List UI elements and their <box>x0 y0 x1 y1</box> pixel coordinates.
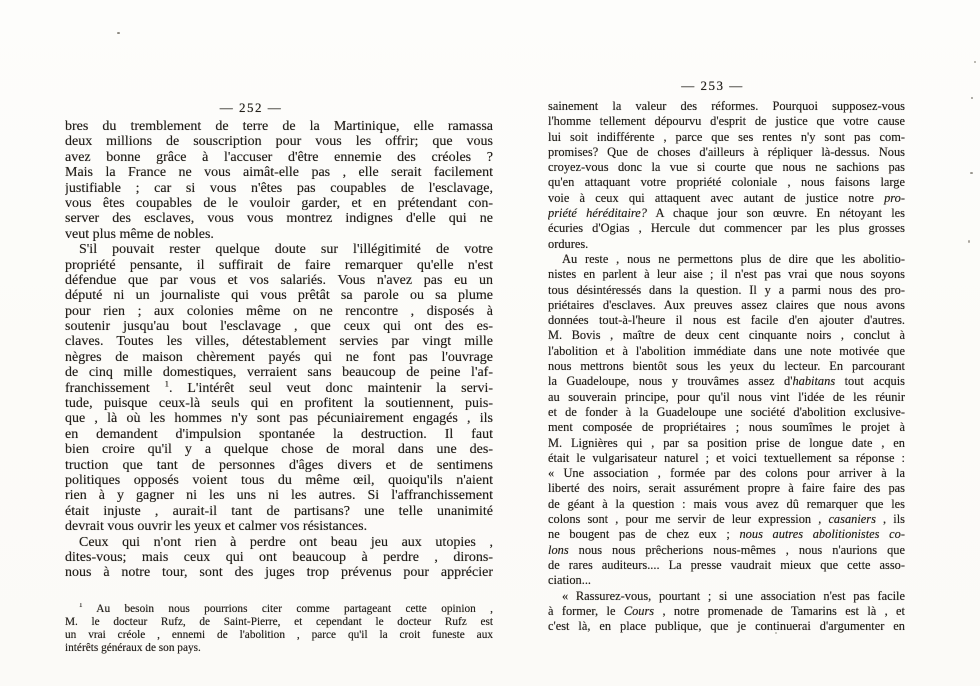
text-line: lui soit indifférente , parce que ses re… <box>548 130 905 145</box>
text-line: devrait vous ouvrir les yeux et calmer v… <box>65 519 493 534</box>
text-line: au souverain principe, pour qu'il nous v… <box>548 390 905 405</box>
text-line: l'homme tellement dépourvu d'esprit de j… <box>548 114 905 129</box>
text-line: l'abolition et à l'abolition immédiate d… <box>548 344 905 359</box>
text-line: ment composée de propriétaires ; nous so… <box>548 420 905 435</box>
text-line: un vrai créole , ennemi de l'abolition ,… <box>65 629 493 642</box>
text-line: lons nous nous prêcherions nous-mêmes , … <box>548 543 905 558</box>
scanned-book-spread: — 252 — bres du tremblement de terre de … <box>0 0 980 686</box>
text-line: bien croire qu'il y a quelque chose de m… <box>65 442 493 457</box>
text-line: priétaires d'esclaves. Aux preuves assez… <box>548 298 905 313</box>
text-line: 1 Au besoin nous pourrions citer comme p… <box>65 603 493 616</box>
text-line: que , là où les hommes n'y sont pas pécu… <box>65 411 493 426</box>
text-line: M. le docteur Rufz, de Saint-Pierre, et … <box>65 616 493 629</box>
text-line: député ni un journaliste qui vous prêtât… <box>65 288 493 303</box>
text-line: était injuste , aurait-il tant de partis… <box>65 504 493 519</box>
scan-speck <box>970 172 973 174</box>
text-line: la Guadeloupe, nous y trouvâmes assez d'… <box>548 374 905 389</box>
page-252-text: bres du tremblement de terre de la Marti… <box>65 119 493 581</box>
text-line: intérêts généraux de son pays. <box>65 642 493 655</box>
text-line: croyez-vous donc la vue si courte que no… <box>548 160 905 175</box>
text-line: claves. Toutes les villes, détestablemen… <box>65 334 493 349</box>
scan-speck <box>971 97 973 99</box>
text-line: tous désintéressés dans la question. Il … <box>548 283 905 298</box>
text-line: truction que tant de personnes d'âges di… <box>65 458 493 473</box>
book-page-253: — 253 — sainement la valeur des réformes… <box>548 78 905 634</box>
text-line: défendue que par vous et vos salariés. V… <box>65 273 493 288</box>
text-line: bres du tremblement de terre de la Marti… <box>65 119 493 134</box>
text-line: propriété pensante, il suffirait de fair… <box>65 258 493 273</box>
scan-speck <box>968 240 970 243</box>
page-number-left: — 252 — <box>37 100 465 116</box>
page-253-text: sainement la valeur des réformes. Pourqu… <box>548 99 905 634</box>
text-line: et de fonder à la Guadeloupe une société… <box>548 405 905 420</box>
text-line: pour rien ; aux colonies même on ne renc… <box>65 304 493 319</box>
text-line: M. Lignières qui , par sa position prise… <box>548 436 905 451</box>
text-line: nous mettrons bientôt sous les yeux du l… <box>548 359 905 374</box>
text-line: avez bonne grâce à l'accuser d'être enne… <box>65 150 493 165</box>
text-line: ordures. <box>548 237 905 252</box>
text-line: écuries d'Ogias , Hercule dut commencer … <box>548 221 905 236</box>
text-line: de rares auditeurs.... La presse vaudrai… <box>548 558 905 573</box>
text-line: était le vulgarisateur naturel ; et voic… <box>548 451 905 466</box>
text-line: server des esclaves, vous vous montrez i… <box>65 211 493 226</box>
text-line: « Une association , formée par des colon… <box>548 466 905 481</box>
text-line: à former, le Cours , notre promenade de … <box>548 604 905 619</box>
book-page-252: — 252 — bres du tremblement de terre de … <box>65 100 493 655</box>
text-line: liberté des noirs, serait assurément pro… <box>548 481 905 496</box>
page-number-right: — 253 — <box>534 78 891 94</box>
text-line: nous à notre tour, sont des juges trop p… <box>65 565 493 580</box>
text-line: sainement la valeur des réformes. Pourqu… <box>548 99 905 114</box>
text-line: veut plus même de nobles. <box>65 227 493 242</box>
text-line: Ceux qui n'ont rien à perdre ont beau je… <box>65 535 493 550</box>
text-line: franchissement 1. L'intérêt seul veut do… <box>65 381 493 396</box>
scan-speck <box>775 632 777 634</box>
text-line: deux millions de souscription pour vous … <box>65 134 493 149</box>
text-line: tude, puisque ceux-là seuls qui en profi… <box>65 396 493 411</box>
text-line: ciation... <box>548 573 905 588</box>
text-line: nègres de maison chèrement payés qui ne … <box>65 350 493 365</box>
text-line: colons sont , pour me servir de leur exp… <box>548 512 905 527</box>
text-line: politiques opposés voient tous du même œ… <box>65 473 493 488</box>
text-line: qu'en attaquant votre propriété colonial… <box>548 175 905 190</box>
text-line: priété héréditaire? A chaque jour son œu… <box>548 206 905 221</box>
text-line: soutenir jusqu'au bout l'esclavage , que… <box>65 319 493 334</box>
text-line: justifiable ; car si vous n'êtes pas cou… <box>65 181 493 196</box>
text-line: c'est là, en place publique, que je cont… <box>548 619 905 634</box>
page-252-footnote: 1 Au besoin nous pourrions citer comme p… <box>65 603 493 656</box>
text-line: promises? Que de choses d'ailleurs à rép… <box>548 145 905 160</box>
text-line: nistes en parlent à leur aise ; il n'est… <box>548 267 905 282</box>
text-line: données tout-à-l'heure il nous est facil… <box>548 313 905 328</box>
text-line: voie à ceux qui attaquent avec autant de… <box>548 191 905 206</box>
text-line: rien à y gagner ni les uns ni les autres… <box>65 488 493 503</box>
scan-speck <box>117 32 120 34</box>
text-line: « Rassurez-vous, pourtant ; si une assoc… <box>548 589 905 604</box>
text-line: Mais la France ne vous aimât-elle pas , … <box>65 165 493 180</box>
text-line: ne bougent pas de chez eux ; nous autres… <box>548 527 905 542</box>
text-line: dites-vous; mais ceux qui ont beaucoup à… <box>65 550 493 565</box>
text-line: S'il pouvait rester quelque doute sur l'… <box>65 242 493 257</box>
scan-speck <box>974 61 976 63</box>
text-line: de géant à la question : mais vous avez … <box>548 497 905 512</box>
text-line: en demandent d'impulsion spontanée la de… <box>65 427 493 442</box>
text-line: M. Bovis , maître de deux cent cinquante… <box>548 328 905 343</box>
text-line: de cinq mille domestiques, verraient san… <box>65 365 493 380</box>
text-line: vous êtes coupables de le vouloir garder… <box>65 196 493 211</box>
text-line: Au reste , nous ne permettons plus de di… <box>548 252 905 267</box>
